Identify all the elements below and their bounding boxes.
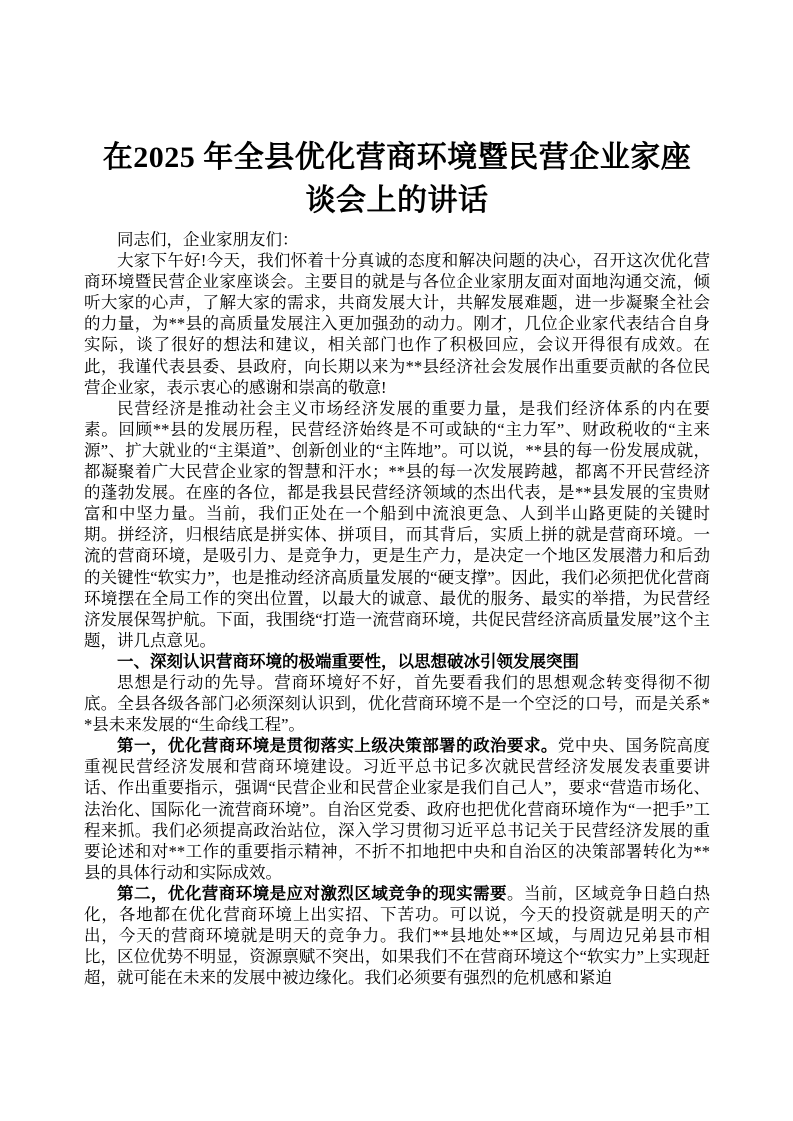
point-1-lead: 第一，优化营商环境是贯彻落实上级决策部署的政治要求。: [117, 736, 558, 755]
paragraph-point-2: 第二，优化营商环境是应对激烈区域竞争的现实需要。当前，区域竞争日趋白热化，各地都…: [84, 883, 710, 988]
paragraph-private-economy: 民营经济是推动社会主义市场经济发展的重要力量，是我们经济体系的内在要素。回顾**…: [84, 398, 710, 651]
document-title-line-2: 谈会上的讲话: [84, 179, 710, 222]
document-page: 在2025 年全县优化营商环境暨民营企业家座 谈会上的讲话 同志们，企业家朋友们…: [0, 0, 793, 1121]
document-title: 在2025 年全县优化营商环境暨民营企业家座 谈会上的讲话: [84, 136, 710, 222]
paragraph-salutation: 同志们，企业家朋友们：: [84, 229, 710, 250]
point-1-body: 党中央、国务院高度重视民营经济发展和营商环境建设。习近平总书记多次就民营经济发展…: [84, 736, 710, 882]
section-heading-1: 一、深刻认识营商环境的极端重要性，以思想破冰引领发展突围: [84, 651, 710, 672]
paragraph-opening: 大家下午好!今天，我们怀着十分真诚的态度和解决问题的决心，召开这次优化营商环境暨…: [84, 250, 710, 398]
paragraph-thought-leads-action: 思想是行动的先导。营商环境好不好，首先要看我们的思想观念转变得彻不彻底。全县各级…: [84, 672, 710, 735]
document-title-line-1: 在2025 年全县优化营商环境暨民营企业家座: [84, 136, 710, 179]
point-2-lead: 第二，优化营商环境是应对激烈区域竞争的现实需要: [117, 884, 507, 903]
paragraph-point-1: 第一，优化营商环境是贯彻落实上级决策部署的政治要求。党中央、国务院高度重视民营经…: [84, 735, 710, 883]
